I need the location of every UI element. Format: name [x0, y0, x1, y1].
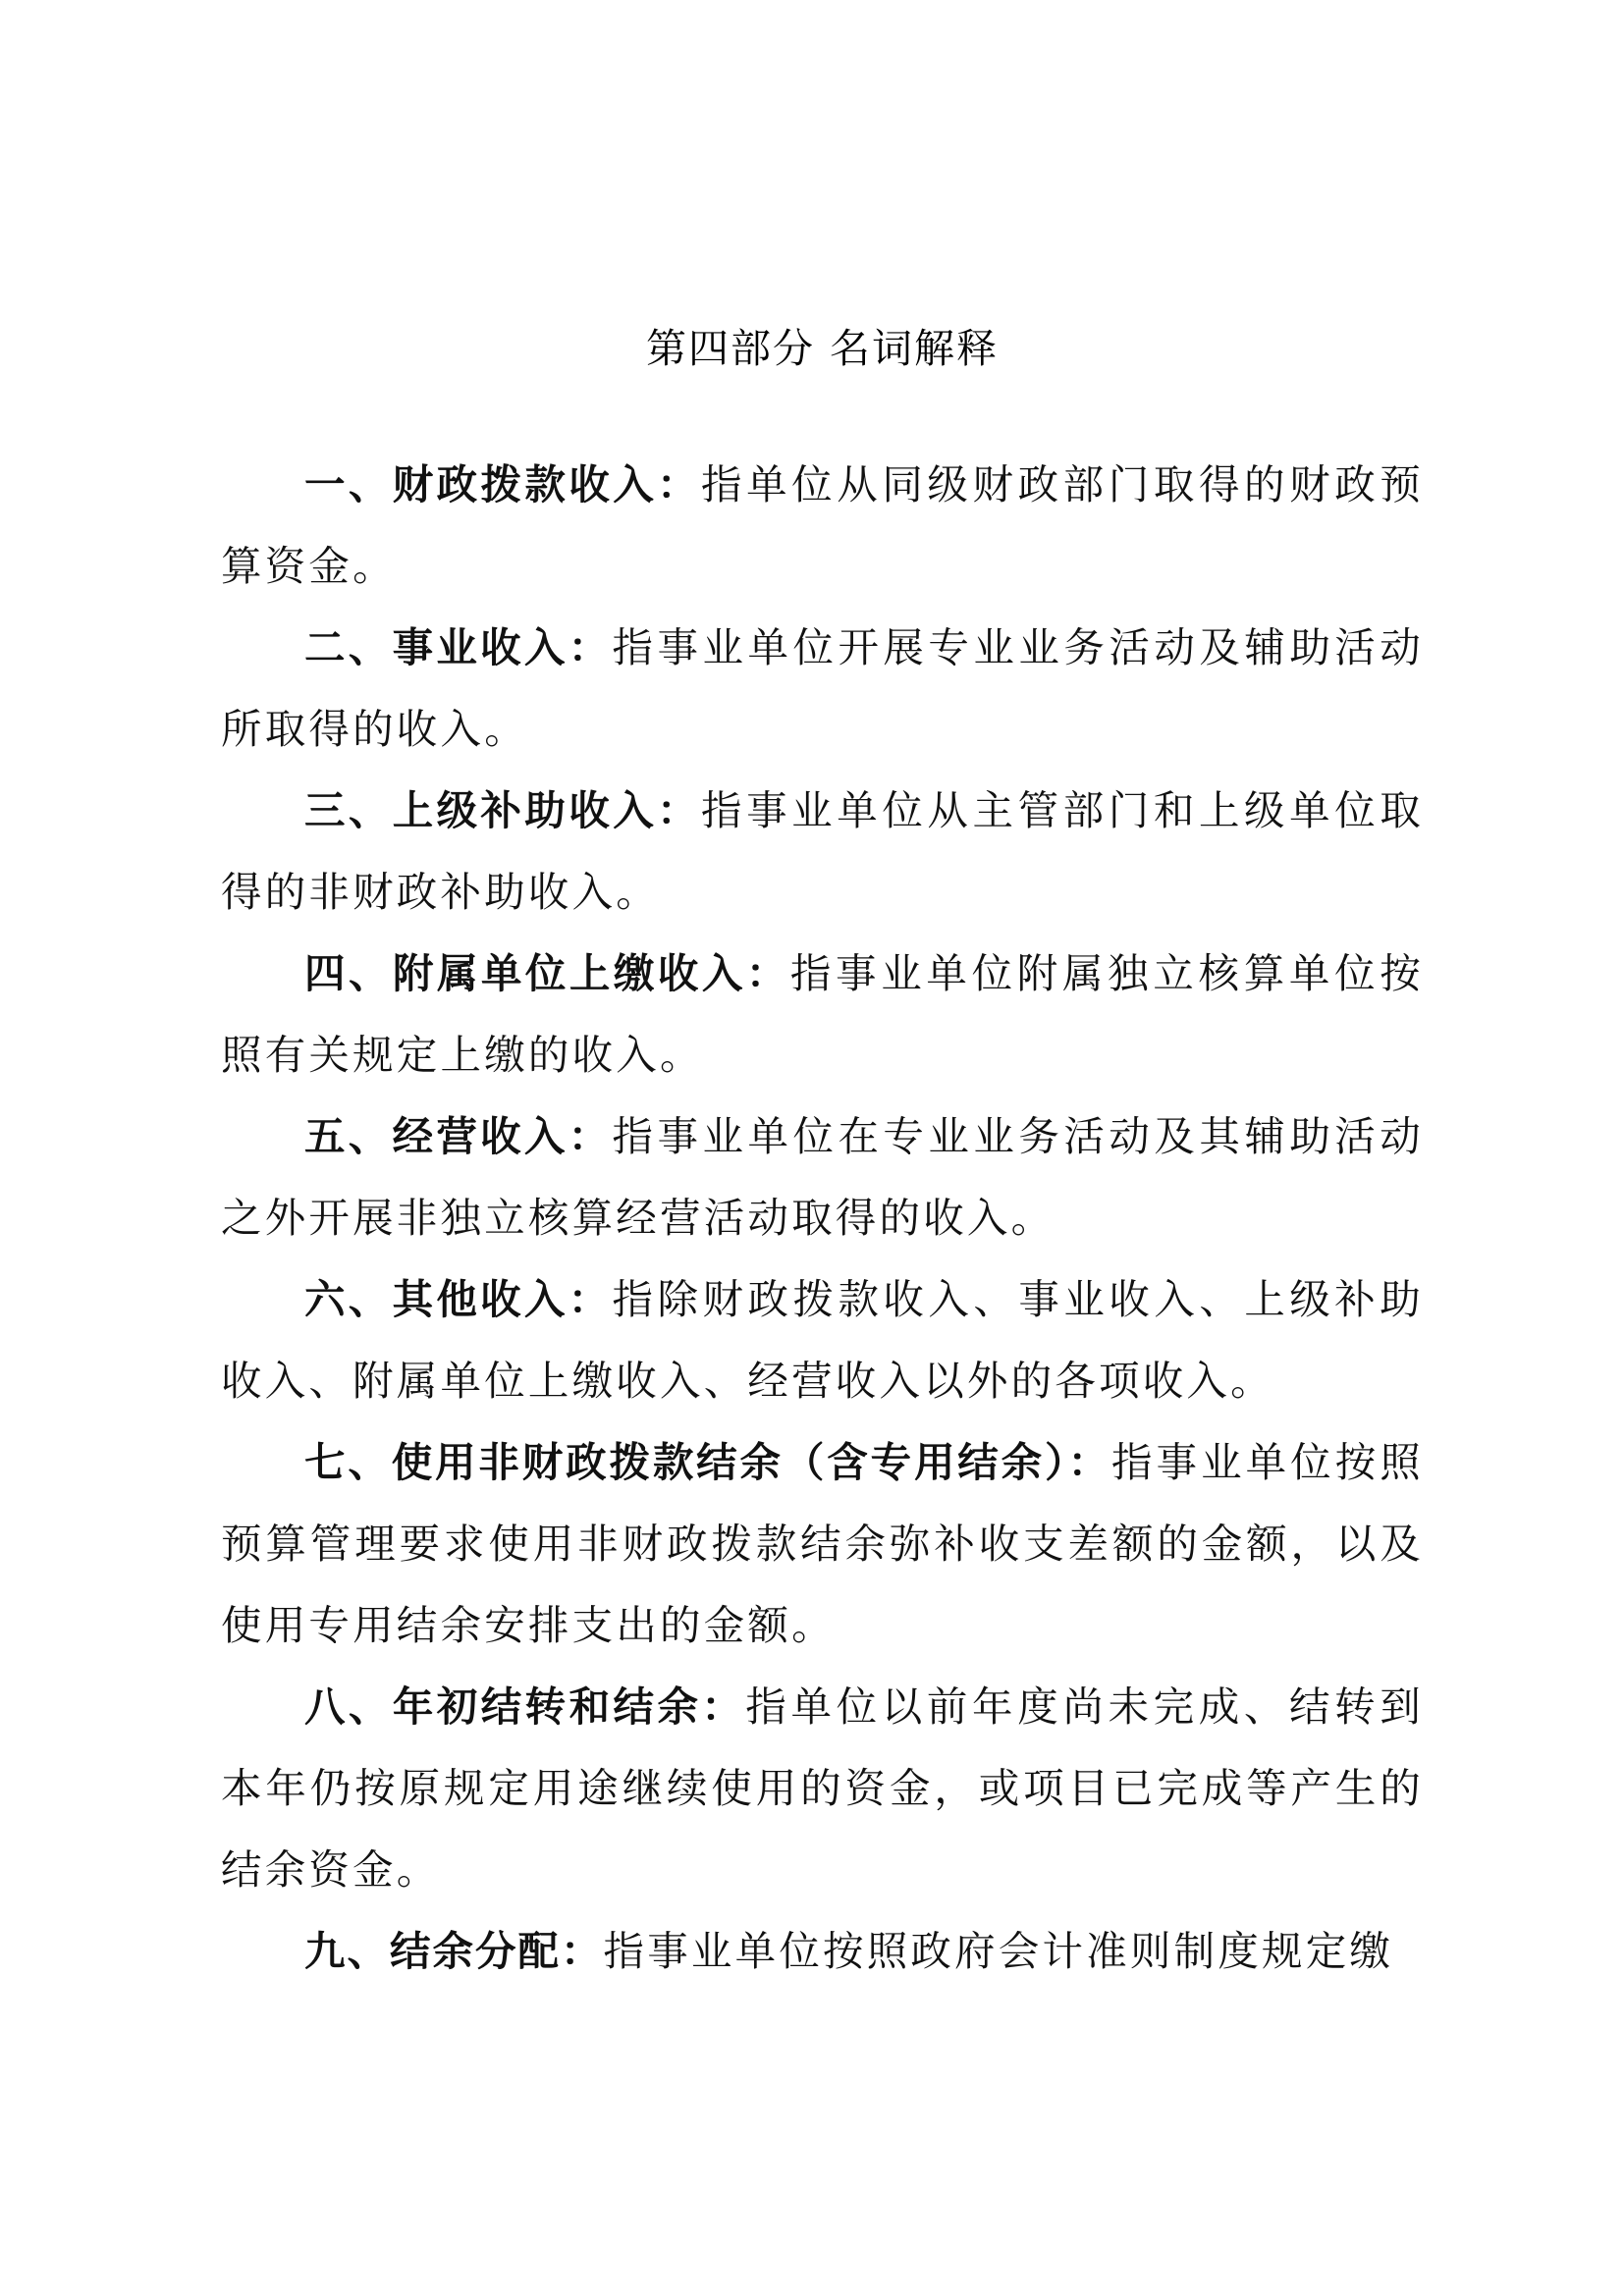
term-label: 二、事业收入：	[304, 623, 613, 671]
term-label: 六、其他收入：	[304, 1275, 613, 1323]
definition-entry: 八、年初结转和结余：指单位以前年度尚未完成、结转到本年仍按原规定用途继续使用的资…	[221, 1666, 1424, 1910]
definitions-list: 一、财政拨款收入：指单位从同级财政部门取得的财政预算资金。 二、事业收入：指事业…	[221, 444, 1424, 1992]
definition-entry: 九、结余分配：指事业单位按照政府会计准则制度规定缴	[221, 1910, 1424, 1992]
term-label: 四、附属单位上缴收入：	[304, 949, 790, 997]
term-label: 七、使用非财政拨款结余（含专用结余）：	[304, 1438, 1111, 1486]
term-label: 一、财政拨款收入：	[304, 460, 701, 508]
definition-entry: 三、上级补助收入：指事业单位从主管部门和上级单位取得的非财政补助收入。	[221, 770, 1424, 933]
term-label: 三、上级补助收入：	[304, 786, 701, 834]
term-definition: 指事业单位按照政府会计准则制度规定缴	[604, 1927, 1394, 1975]
term-label: 九、结余分配：	[304, 1927, 604, 1975]
term-label: 五、经营收入：	[304, 1112, 613, 1160]
page-title: 第四部分 名词解释	[221, 316, 1424, 374]
definition-entry: 五、经营收入：指事业单位在专业业务活动及其辅助活动之外开展非独立核算经营活动取得…	[221, 1095, 1424, 1258]
definition-entry: 六、其他收入：指除财政拨款收入、事业收入、上级补助收入、附属单位上缴收入、经营收…	[221, 1258, 1424, 1421]
definition-entry: 二、事业收入：指事业单位开展专业业务活动及辅助活动所取得的收入。	[221, 607, 1424, 770]
term-label: 八、年初结转和结余：	[304, 1682, 745, 1731]
definition-entry: 七、使用非财政拨款结余（含专用结余）：指事业单位按照预算管理要求使用非财政拨款结…	[221, 1421, 1424, 1666]
definition-entry: 四、附属单位上缴收入：指事业单位附属独立核算单位按照有关规定上缴的收入。	[221, 933, 1424, 1095]
definition-entry: 一、财政拨款收入：指单位从同级财政部门取得的财政预算资金。	[221, 444, 1424, 607]
